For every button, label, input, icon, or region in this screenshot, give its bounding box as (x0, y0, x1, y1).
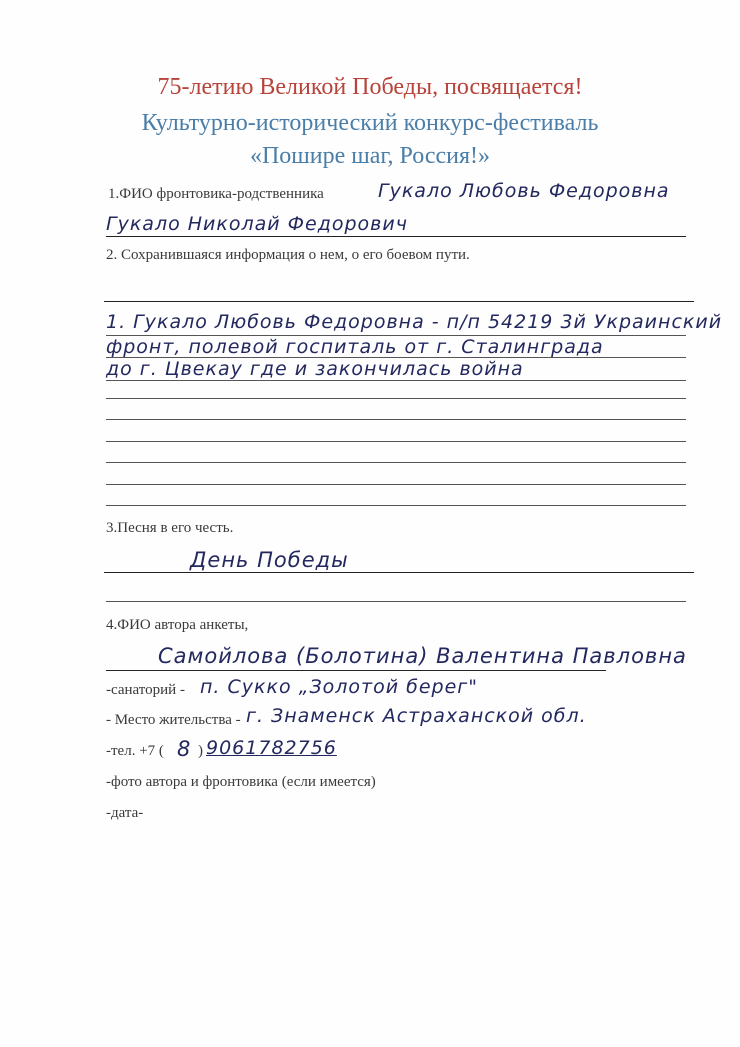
combat-path-rule-0 (104, 301, 694, 302)
veteran-name-value-2: Гукало Николай Федорович (106, 213, 408, 235)
sanatorium-value: п. Сукко „Золотой берег" (200, 676, 478, 698)
combat-path-rule-6 (106, 441, 686, 442)
photo-label: -фото автора и фронтовика (если имеется) (106, 774, 376, 791)
phone-label: -тел. +7 ( (106, 743, 164, 760)
veteran-name-value-1: Гукало Любовь Федоровна (378, 180, 670, 202)
author-name-underline (106, 670, 606, 671)
header-festival: Культурно-исторический конкурс-фестиваль (0, 110, 740, 137)
phone-number-value: 9061782756 (206, 737, 337, 759)
combat-path-line-2: фронт, полевой госпиталь от г. Сталингра… (106, 336, 604, 358)
song-label: 3.Песня в его честь. (106, 520, 233, 537)
phone-paren-close: ) (198, 743, 203, 760)
date-label: -дата- (106, 805, 143, 822)
song-rule-2 (106, 601, 686, 602)
combat-path-line-1: 1. Гукало Любовь Федоровна - п/п 54219 3… (106, 311, 722, 333)
song-value: День Победы (190, 548, 349, 572)
questionnaire-page: 75-летию Великой Победы, посвящается! Ку… (0, 0, 740, 1047)
combat-path-rule-8 (106, 484, 686, 485)
header-motto: «Пошире шаг, Россия!» (0, 143, 740, 170)
header-dedication: 75-летию Великой Победы, посвящается! (0, 74, 740, 101)
combat-path-line-3: до г. Цвекау где и закончилась война (106, 358, 524, 380)
combat-path-rule-3 (106, 380, 686, 381)
combat-path-label: 2. Сохранившаяся информация о нем, о его… (106, 247, 470, 264)
sanatorium-label: -санаторий - (106, 682, 185, 699)
author-name-value: Самойлова (Болотина) Валентина Павловна (158, 644, 687, 668)
song-underline (104, 572, 694, 573)
residence-value: г. Знаменск Астраханской обл. (246, 705, 587, 727)
residence-label: - Место жительства - (106, 712, 241, 729)
veteran-name-underline (106, 236, 686, 237)
phone-code-value: 8 (177, 737, 191, 761)
combat-path-rule-5 (106, 419, 686, 420)
veteran-name-label: 1.ФИО фронтовика-родственника (108, 186, 324, 203)
combat-path-rule-9 (106, 505, 686, 506)
combat-path-rule-4 (106, 398, 686, 399)
author-name-label: 4.ФИО автора анкеты, (106, 617, 248, 634)
combat-path-rule-7 (106, 462, 686, 463)
